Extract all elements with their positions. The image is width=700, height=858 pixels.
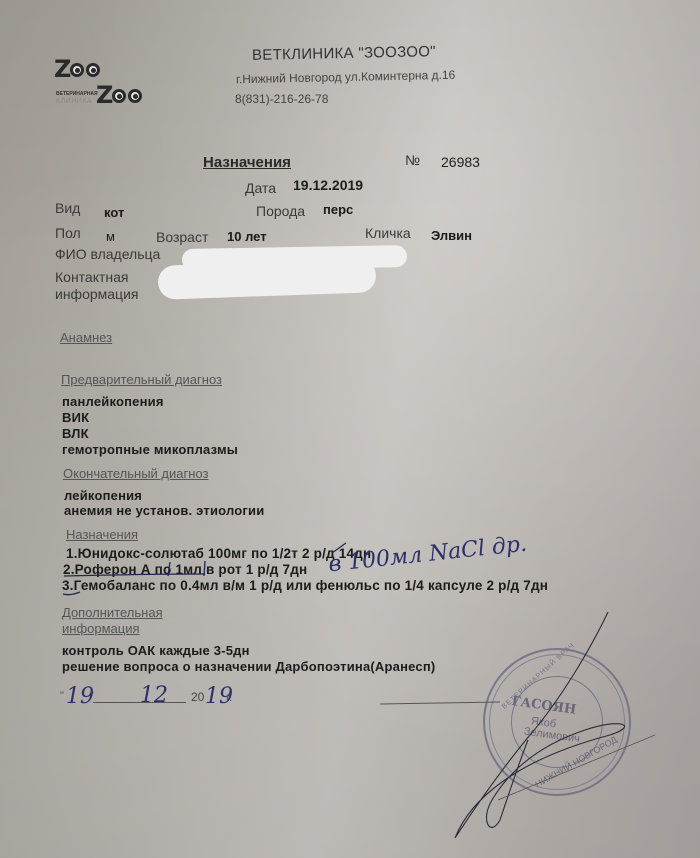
- pen-underline: [63, 592, 80, 595]
- pen-slash: [332, 543, 346, 553]
- prescription-sheet: Z ВЕТЕРИНАРНАЯ КЛИНИКА Z ВЕТКЛИНИКА "ЗОО…: [0, 0, 700, 858]
- signature-scrawl: [455, 612, 625, 838]
- ink-marks: [0, 0, 700, 858]
- pen-underline: [64, 574, 205, 576]
- signature-line: [380, 702, 500, 704]
